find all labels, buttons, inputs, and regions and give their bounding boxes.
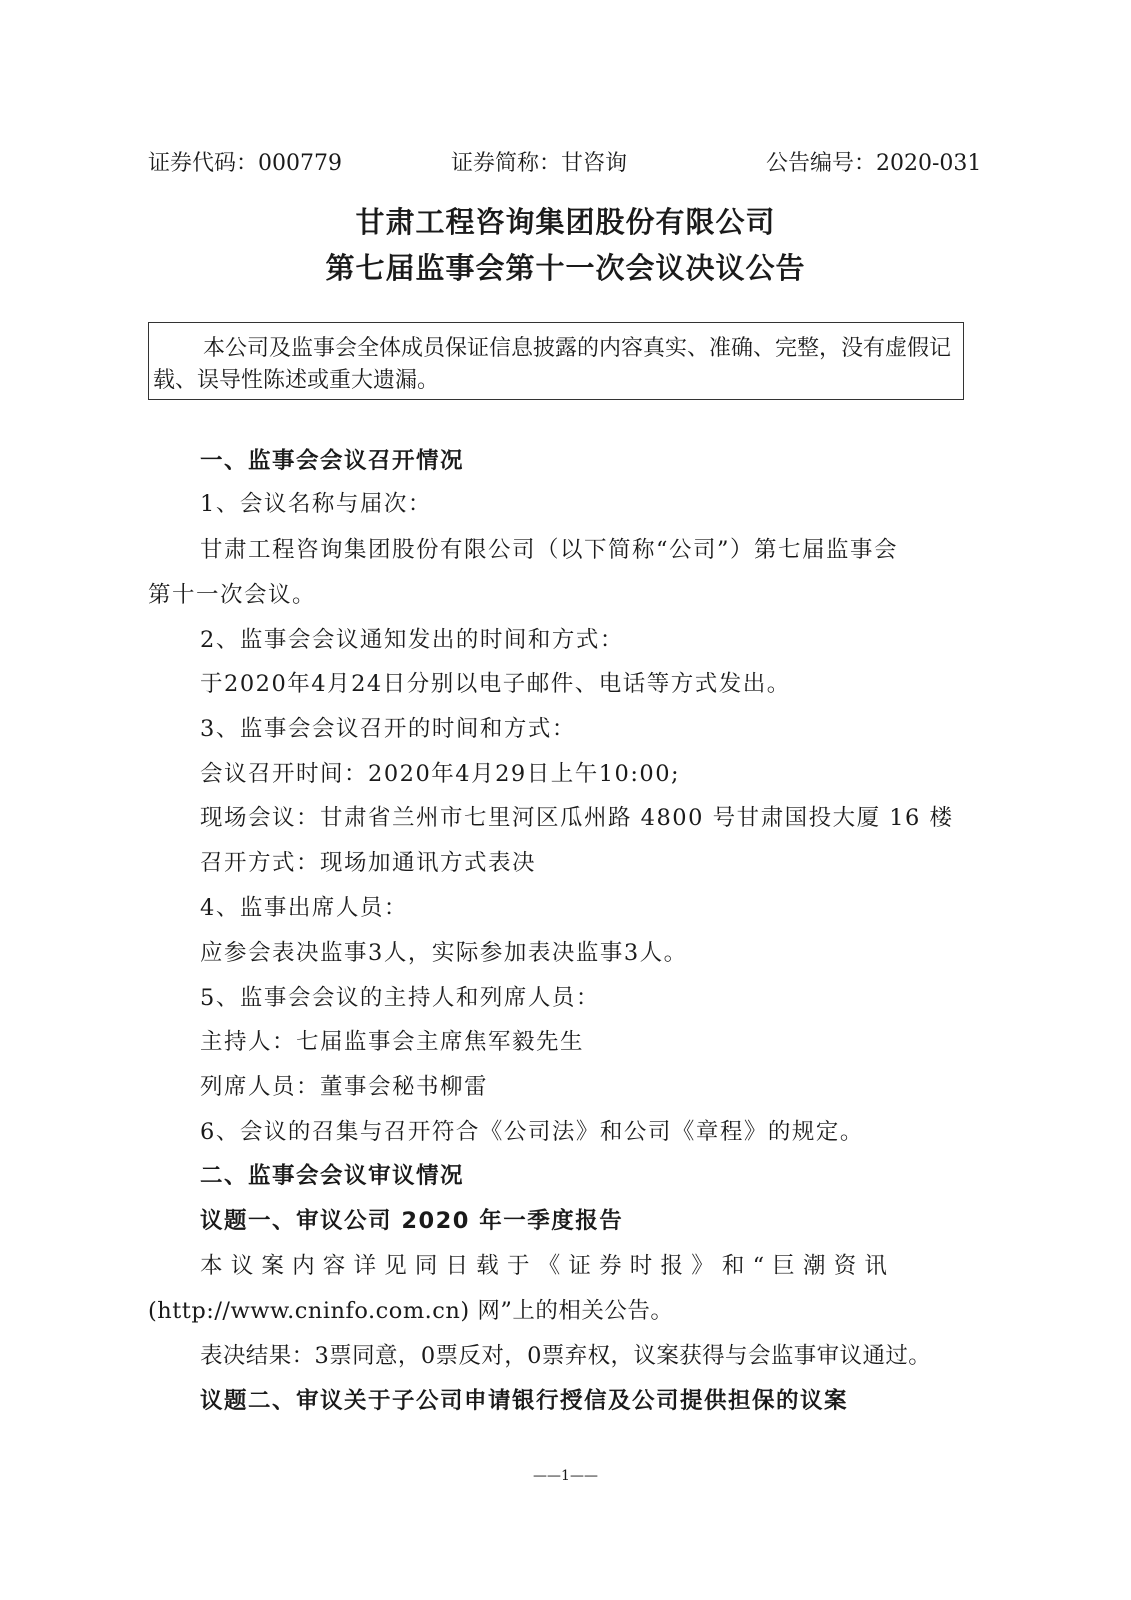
disclaimer-box: 本公司及监事会全体成员保证信息披露的内容真实、准确、完整，没有虚假记 载、误导性… [148, 322, 964, 400]
stock-abbreviation: 证券简称：甘咨询 [451, 146, 627, 177]
item-1-text-a: 甘肃工程咨询集团股份有限公司（以下简称“公司”）第七届监事会 [200, 532, 898, 564]
item-3-time: 会议召开时间：2020年4月29日上午10:00; [200, 756, 680, 788]
item-4-label: 4、监事出席人员： [200, 890, 408, 922]
disclaimer-line-2: 载、误导性陈述或重大遗漏。 [153, 363, 439, 394]
item-4-text: 应参会表决监事3人，实际参加表决监事3人。 [200, 935, 688, 967]
topic-1-text-b: (http://www.cninfo.com.cn) 网”上的相关公告。 [148, 1293, 673, 1325]
item-1-text-b: 第十一次会议。 [148, 577, 316, 609]
item-5-label: 5、监事会会议的主持人和列席人员： [200, 980, 600, 1012]
item-3-place: 现场会议：甘肃省兰州市七里河区瓜州路 4800 号甘肃国投大厦 16 楼 [200, 800, 954, 832]
topic-1-title: 议题一、审议公司 2020 年一季度报告 [200, 1203, 623, 1235]
topic-1-vote-result: 表决结果：3票同意，0票反对，0票弃权，议案获得与会监事审议通过。 [200, 1338, 931, 1370]
item-3-label: 3、监事会会议召开的时间和方式： [200, 711, 576, 743]
item-3-method: 召开方式：现场加通讯方式表决 [200, 845, 536, 877]
title-company: 甘肃工程咨询集团股份有限公司 [0, 200, 1131, 241]
item-5-host: 主持人：七届监事会主席焦军毅先生 [200, 1024, 584, 1056]
disclaimer-line-1: 本公司及监事会全体成员保证信息披露的内容真实、准确、完整，没有虚假记 [203, 331, 951, 362]
item-6-text: 6、会议的召集与召开符合《公司法》和公司《章程》的规定。 [200, 1114, 864, 1146]
item-5-attendee: 列席人员：董事会秘书柳雷 [200, 1069, 488, 1101]
item-2-text: 于2020年4月24日分别以电子邮件、电话等方式发出。 [200, 666, 791, 698]
page-number: ——1—— [0, 1468, 1131, 1484]
item-1-label: 1、会议名称与届次： [200, 486, 432, 518]
section-1-heading: 一、监事会会议召开情况 [200, 443, 464, 475]
title-announcement: 第七届监事会第十一次会议决议公告 [0, 246, 1131, 287]
topic-1-text-a: 本议案内容详见同日载于《证券时报》和“巨潮资讯 [200, 1248, 895, 1280]
section-2-heading: 二、监事会会议审议情况 [200, 1158, 464, 1190]
topic-2-title: 议题二、审议关于子公司申请银行授信及公司提供担保的议案 [200, 1383, 848, 1415]
stock-code: 证券代码：000779 [148, 146, 342, 177]
announcement-number: 公告编号：2020-031 [766, 146, 981, 177]
item-2-label: 2、监事会会议通知发出的时间和方式： [200, 622, 624, 654]
